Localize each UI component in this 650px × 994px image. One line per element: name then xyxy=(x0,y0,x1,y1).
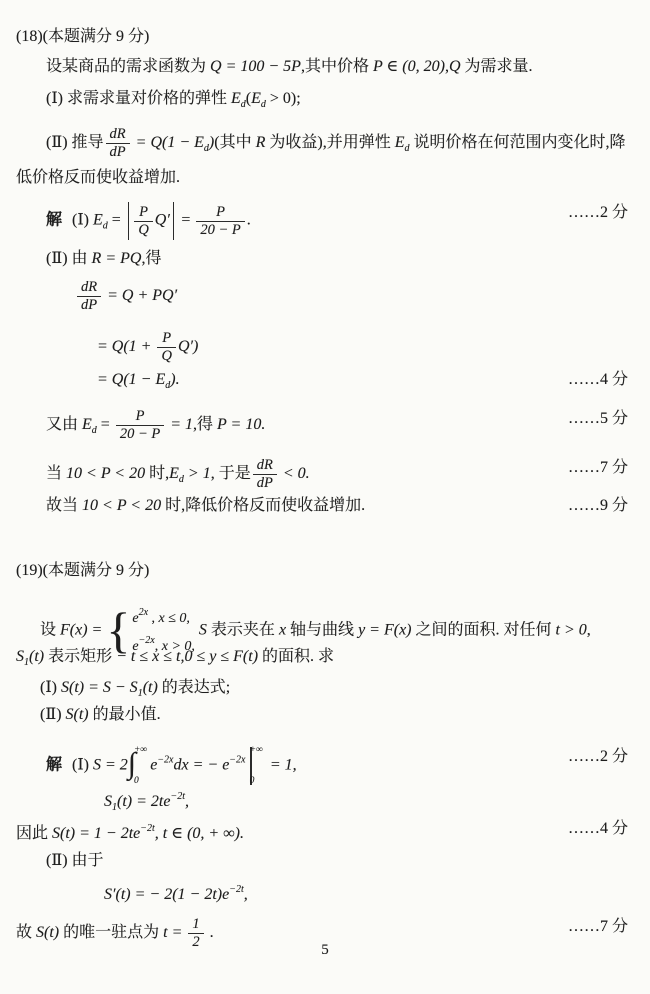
formula: S(t) xyxy=(66,706,89,723)
formula: Q = 100 − 5P xyxy=(210,58,301,75)
evaluation-limits: +∞0 xyxy=(250,746,263,786)
page-number: 5 xyxy=(0,942,650,959)
p18-solution-elasticity: 解 (Ⅰ) Ed = PQQ′ = P20 − P.……2 分 xyxy=(0,202,650,240)
denominator: 20 − P xyxy=(116,425,164,443)
text: , xyxy=(148,611,159,626)
formula: dx = − e xyxy=(174,757,230,774)
formula: y = F(x) xyxy=(358,622,411,639)
p19-solution-integral: 解 (Ⅰ) S = 2∫+∞0e−2xdx = − e−2x+∞0 = 1,……… xyxy=(0,746,650,786)
text: 之间的面积. 对任何 xyxy=(412,622,556,639)
formula: S(t) = S − S xyxy=(61,679,138,696)
formula: = Q(1 + xyxy=(97,338,155,355)
p19-part1-question: (Ⅰ) S(t) = S − S1(t) 的表达式; xyxy=(0,677,650,705)
text: 低价格反而使收益增加. xyxy=(16,169,180,186)
p18-range-analysis: 当 10 < P < 20 时,Ed > 1, 于是dRdP < 0.……7 分 xyxy=(0,457,650,491)
formula: ). xyxy=(170,371,179,388)
formula: = 1 xyxy=(166,416,193,433)
formula: S(t) = 1 − 2te xyxy=(52,825,140,842)
p19-part2-question: (Ⅱ) S(t) 的最小值. xyxy=(0,704,650,726)
score-mark: ……4 分 xyxy=(568,369,628,391)
formula: Q′ xyxy=(155,212,170,229)
superscript: −2x xyxy=(157,755,173,766)
text: 的表达式; xyxy=(158,679,230,696)
denominator: Q xyxy=(134,221,152,239)
formula: S′(t) = − 2(1 − 2t)e xyxy=(104,886,229,903)
p18-part1-question: (Ⅰ) 求需求量对价格的弹性 Ed(Ed > 0); xyxy=(0,88,650,116)
formula: R xyxy=(256,134,266,151)
text: 因此 xyxy=(16,825,52,842)
formula: 10 < P < 20 xyxy=(82,497,161,514)
formula: F(x) = xyxy=(60,622,106,639)
fraction-PQ: PQ xyxy=(134,204,152,238)
text: (Ⅰ) xyxy=(40,679,61,696)
denominator: 20 − P xyxy=(196,221,244,239)
p19-part2-start: (Ⅱ) 由于 xyxy=(0,850,650,872)
formula: = Q + PQ′ xyxy=(103,287,177,304)
text: (Ⅱ) xyxy=(40,706,66,723)
text: 故当 xyxy=(46,497,82,514)
numerator: P xyxy=(212,204,229,221)
text: 为收益),并用弹性 xyxy=(265,134,394,151)
text: ,得 xyxy=(141,250,161,267)
text: 故 xyxy=(16,924,36,941)
p18-derivation-step1: dRdP = Q + PQ′ xyxy=(0,279,650,313)
score-mark: ……7 分 xyxy=(568,457,628,479)
formula: S xyxy=(199,622,207,639)
formula: E xyxy=(82,416,92,433)
score-mark: ……2 分 xyxy=(568,202,628,224)
numerator: dR xyxy=(106,126,130,143)
formula: P = 10. xyxy=(217,416,265,433)
p18-derivation-step2: = Q(1 + PQQ′) xyxy=(0,330,650,364)
text: (Ⅰ) xyxy=(64,212,93,229)
text: 时, xyxy=(145,465,169,482)
fraction-PQ: PQ xyxy=(157,330,175,364)
integral-sign: ∫ xyxy=(128,747,136,780)
formula: R = PQ xyxy=(92,250,142,267)
p19-st-expression: 因此 S(t) = 1 − 2te−2t, t ∈ (0, + ∞).……4 分 xyxy=(0,818,650,845)
text: . xyxy=(206,924,214,941)
formula: E xyxy=(251,90,261,107)
text: (Ⅱ) 由 xyxy=(46,250,92,267)
denominator: dP xyxy=(253,474,277,492)
denominator: Q xyxy=(157,347,175,365)
fraction-P-over-20-minus-P: P20 − P xyxy=(116,408,164,442)
page-number-text: 5 xyxy=(321,942,329,958)
case-row-1: e2x , x ≤ 0, xyxy=(132,607,195,626)
formula: = Q(1 − E xyxy=(97,371,165,388)
formula: − t ≤ x ≤ t,0 ≤ y ≤ F(t) xyxy=(116,648,258,665)
p18-part2-question: (Ⅱ) 推导dRdP = Q(1 − Ed)(其中 R 为收益),并用弹性 Ed… xyxy=(0,126,650,160)
p18-derivation-step3: = Q(1 − Ed).……4 分 xyxy=(0,369,650,397)
fraction-dRdP: dRdP xyxy=(106,126,130,160)
text: (Ⅱ) 推导 xyxy=(46,134,104,151)
formula: S xyxy=(16,648,24,665)
score-mark: ……2 分 xyxy=(568,746,628,768)
p19-s1-formula: S1(t) = 2te−2t, xyxy=(0,786,650,819)
upper-limit: +∞ xyxy=(250,746,263,756)
text: 表示矩形 xyxy=(44,648,116,665)
numerator: dR xyxy=(77,279,101,296)
formula: 10 < P < 20 xyxy=(66,465,145,482)
formula: (t) xyxy=(143,679,158,696)
formula: , xyxy=(185,793,189,810)
fraction-dRdP: dRdP xyxy=(77,279,101,313)
formula: S xyxy=(104,793,112,810)
text: 的最小值. xyxy=(89,706,161,723)
formula: > 1 xyxy=(184,465,211,482)
superscript: −2x xyxy=(139,635,155,646)
abs-bar-left xyxy=(128,202,130,240)
text: = xyxy=(97,416,114,433)
denominator: dP xyxy=(77,296,101,314)
text: 的面积. 求 xyxy=(258,648,334,665)
p18-part2-start: (Ⅱ) 由 R = PQ,得 xyxy=(0,248,650,270)
text: , xyxy=(587,622,591,639)
formula: P ∈ (0, 20) xyxy=(373,58,445,75)
text: 的唯一驻点为 xyxy=(59,924,163,941)
text: 当 xyxy=(46,465,66,482)
p18-title: (18)(本题满分 9 分) xyxy=(0,26,650,48)
superscript: −2t xyxy=(140,823,155,834)
superscript: −2t xyxy=(170,791,185,802)
solve-label: 解 xyxy=(46,212,64,229)
numerator: P xyxy=(132,408,149,425)
formula: (t) = 2te xyxy=(117,793,170,810)
formula: , t ∈ (0, + ∞). xyxy=(155,825,244,842)
text: (其中 xyxy=(214,134,255,151)
score-mark: ……5 分 xyxy=(568,408,628,430)
p18-title-text: (18)(本题满分 9 分) xyxy=(16,28,149,45)
text: ,其中价格 xyxy=(301,58,373,75)
numerator: dR xyxy=(253,457,277,474)
text: 表示夹在 xyxy=(207,622,279,639)
text: (Ⅰ) xyxy=(64,757,93,774)
formula: x xyxy=(279,622,286,639)
text: 设某商品的需求函数为 xyxy=(46,58,210,75)
text: > 0); xyxy=(266,90,301,107)
formula: E xyxy=(231,90,241,107)
text: . xyxy=(247,212,251,229)
formula: = Q(1 − E xyxy=(132,134,204,151)
text: = xyxy=(108,212,125,229)
text: 为需求量. xyxy=(461,58,533,75)
text: 轴与曲线 xyxy=(286,622,358,639)
text: 时,降低价格反而使收益增加. xyxy=(161,497,365,514)
p19-derivative-formula: S′(t) = − 2(1 − 2t)e−2t, xyxy=(0,879,650,906)
score-mark: ……9 分 xyxy=(568,495,628,517)
superscript: −2t xyxy=(229,884,244,895)
text: = xyxy=(177,212,194,229)
p19-statement-cont: S1(t) 表示矩形 − t ≤ x ≤ t,0 ≤ y ≤ F(t) 的面积.… xyxy=(0,646,650,674)
numerator: P xyxy=(158,330,175,347)
fraction-P-over-20-minus-P: P20 − P xyxy=(196,204,244,238)
score-mark: ……7 分 xyxy=(568,916,628,938)
p18-conclusion: 故当 10 < P < 20 时,降低价格反而使收益增加.……9 分 xyxy=(0,495,650,517)
denominator: dP xyxy=(106,143,130,161)
formula: E xyxy=(169,465,179,482)
fraction-dRdP: dRdP xyxy=(253,457,277,491)
formula: = 1, xyxy=(266,757,297,774)
text: 设 xyxy=(40,622,60,639)
solve-label: 解 xyxy=(46,757,64,774)
p19-title-text: (19)(本题满分 9 分) xyxy=(16,562,149,579)
score-mark: ……4 分 xyxy=(568,818,628,840)
formula: x ≤ 0, xyxy=(159,611,190,626)
formula: S = 2 xyxy=(93,757,128,774)
scanned-exam-page: (18)(本题满分 9 分) 设某商品的需求函数为 Q = 100 − 5P,其… xyxy=(0,0,650,994)
formula: , xyxy=(244,886,248,903)
numerator: P xyxy=(135,204,152,221)
p18-part2-question-cont: 低价格反而使收益增加. xyxy=(0,167,650,189)
text: , 于是 xyxy=(211,465,251,482)
p18-statement: 设某商品的需求函数为 Q = 100 − 5P,其中价格 P ∈ (0, 20)… xyxy=(0,56,650,78)
lower-limit: 0 xyxy=(250,777,263,787)
formula: t > 0 xyxy=(556,622,587,639)
text: 说明价格在何范围内变化时,降 xyxy=(409,134,625,151)
numerator: 1 xyxy=(188,916,203,933)
formula: < 0. xyxy=(279,465,310,482)
superscript: −2x xyxy=(229,755,245,766)
text: 又由 xyxy=(46,416,82,433)
formula: E xyxy=(93,212,103,229)
formula: Q xyxy=(449,58,461,75)
formula: Q′) xyxy=(178,338,198,355)
superscript: 2x xyxy=(139,607,148,618)
text: (Ⅱ) 由于 xyxy=(46,852,104,869)
abs-bar-right xyxy=(173,202,175,240)
p18-unit-elasticity: 又由 Ed = P20 − P = 1,得 P = 10.……5 分 xyxy=(0,408,650,442)
formula: t = xyxy=(163,924,186,941)
formula: S(t) xyxy=(36,924,59,941)
text: (Ⅰ) 求需求量对价格的弹性 xyxy=(46,90,231,107)
text: ,得 xyxy=(193,416,217,433)
p19-title: (19)(本题满分 9 分) xyxy=(0,560,650,582)
formula: (t) xyxy=(29,648,44,665)
